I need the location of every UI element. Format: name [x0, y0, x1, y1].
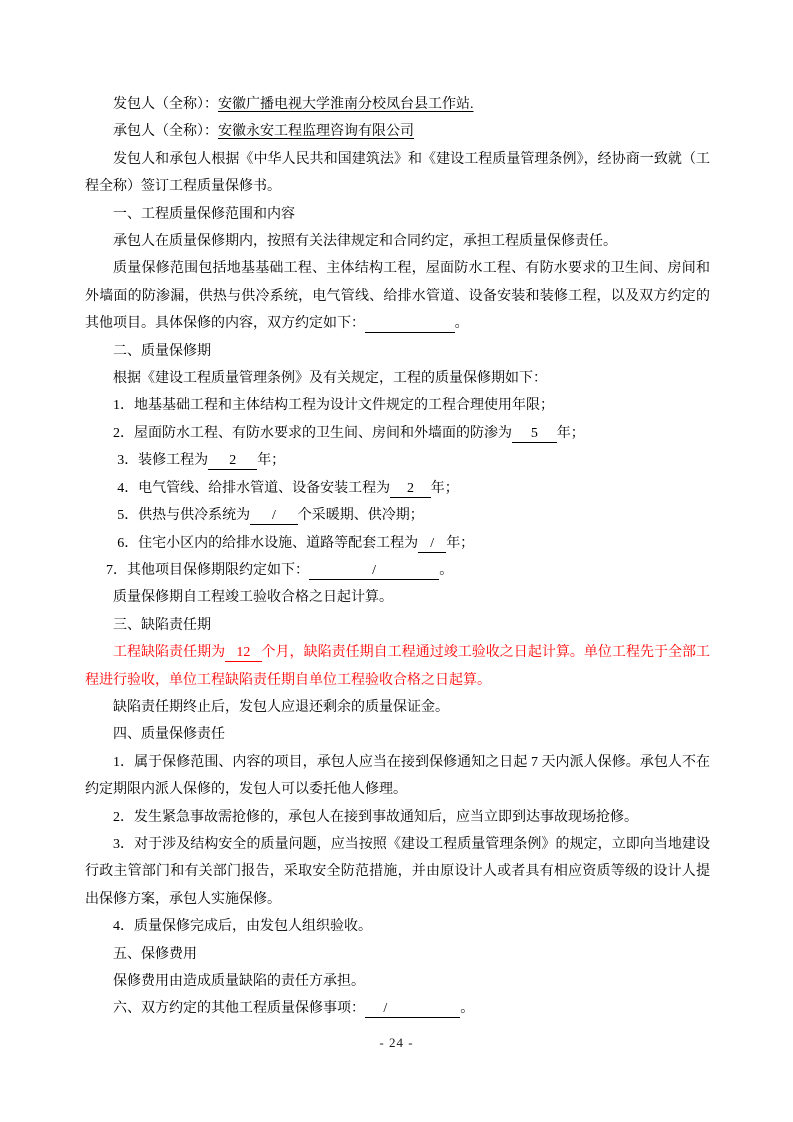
text-run: 年；: [431, 481, 459, 496]
text-run: 三、缺陷责任期: [113, 618, 211, 633]
fill-in-field: /: [309, 562, 439, 580]
text-run: 4．电气管线、给排水管道、设备安装工程为: [117, 481, 390, 496]
fill-in-field: 2: [208, 452, 257, 470]
section-1-heading: 一、工程质量保修范围和内容: [85, 201, 710, 228]
section-1-para-responsibility: 承包人在质量保修期内，按照有关法律规定和合同约定，承担工程质量保修责任。: [85, 228, 710, 255]
party-b-line: 承包人（全称）：安徽永安工程监理咨询有限公司: [85, 118, 710, 145]
text-run: 根据《建设工程质量管理条例》及有关规定，工程的质量保修期如下：: [113, 371, 547, 386]
document-page: 发包人（全称）：安徽广播电视大学淮南分校凤台县工作站.承包人（全称）：安徽永安工…: [0, 0, 793, 1122]
text-run: 质量保修期自工程竣工验收合格之日起计算。: [113, 590, 393, 605]
section-1-para-scope: 质量保修范围包括地基基础工程、主体结构工程，屋面防水工程、有防水要求的卫生间、房…: [85, 255, 710, 337]
text-run: 五、保修费用: [113, 947, 197, 962]
text-run: 个采暖期、供冷期；: [298, 508, 424, 523]
text-run: 。: [455, 316, 469, 331]
warranty-item-2: 2．屋面防水工程、有防水要求的卫生间、房间和外墙面的防渗为5年；: [85, 420, 710, 447]
text-run: 发包人和承包人根据《中华人民共和国建筑法》和《建设工程质量管理条例》，经协商一致…: [85, 152, 710, 194]
section-2-intro: 根据《建设工程质量管理条例》及有关规定，工程的质量保修期如下：: [85, 365, 710, 392]
page-number: - 24 -: [0, 1035, 793, 1051]
text-run: 年；: [446, 536, 474, 551]
text-run: 2．发生紧急事故需抢修的，承包人在接到事故通知后，应当立即到达事故现场抢修。: [113, 810, 638, 825]
text-run: 保修费用由造成质量缺陷的责任方承担。: [113, 974, 365, 989]
text-run: 年；: [257, 453, 285, 468]
fill-in-field: /: [365, 1000, 406, 1018]
fill-in-field: 2: [390, 480, 431, 498]
text-run: 二、质量保修期: [113, 344, 211, 359]
section-3-heading: 三、缺陷责任期: [85, 612, 710, 639]
section-2-closing: 质量保修期自工程竣工验收合格之日起计算。: [85, 584, 710, 611]
text-run: 4．质量保修完成后，由发包人组织验收。: [113, 919, 372, 934]
contract-body: 发包人（全称）：安徽广播电视大学淮南分校凤台县工作站.承包人（全称）：安徽永安工…: [85, 91, 710, 1023]
text-run: 5．供热与供冷系统为: [117, 508, 250, 523]
warranty-item-3: 3．装修工程为2年；: [85, 447, 710, 474]
text-run: 四、质量保修责任: [113, 727, 225, 742]
text-run: 承包人（全称）：: [113, 124, 218, 139]
section-2-heading: 二、质量保修期: [85, 338, 710, 365]
section-5-heading: 五、保修费用: [85, 941, 710, 968]
text-run: 年；: [557, 426, 585, 441]
text-run: 。: [460, 1001, 474, 1016]
warranty-item-6: 6．住宅小区内的给排水设施、道路等配套工程为/年；: [85, 530, 710, 557]
fill-in-field: 12: [225, 644, 261, 662]
section-6-line: 六、双方约定的其他工程质量保修事项：/ 。: [85, 995, 710, 1022]
responsibility-item-3: 3．对于涉及结构安全的质量问题，应当按照《建设工程质量管理条例》的规定，立即向当…: [85, 831, 710, 913]
section-4-heading: 四、质量保修责任: [85, 721, 710, 748]
underlined-value: 安徽广播电视大学淮南分校凤台县工作站.: [218, 97, 474, 112]
responsibility-item-1: 1．属于保修范围、内容的项目，承包人应当在接到保修通知之日起 7 天内派人保修。…: [85, 749, 710, 804]
responsibility-item-4: 4．质量保修完成后，由发包人组织验收。: [85, 913, 710, 940]
text-run: 缺陷责任期终止后，发包人应退还剩余的质量保证金。: [113, 700, 449, 715]
text-run: 一、工程质量保修范围和内容: [113, 207, 295, 222]
underlined-value: 安徽永安工程监理咨询有限公司: [218, 124, 414, 139]
text-run: 1．地基基础工程和主体结构工程为设计文件规定的工程合理使用年限；: [113, 398, 554, 413]
text-run: 六、双方约定的其他工程质量保修事项：: [113, 1001, 365, 1016]
text-run: 1．属于保修范围、内容的项目，承包人应当在接到保修通知之日起 7 天内派人保修。…: [85, 755, 710, 797]
text-run: 发包人（全称）：: [113, 97, 218, 112]
section-3-para-refund: 缺陷责任期终止后，发包人应退还剩余的质量保证金。: [85, 694, 710, 721]
fill-in-field: /: [418, 535, 446, 553]
fill-in-field: /: [250, 507, 298, 525]
text-run: 3．装修工程为: [117, 453, 208, 468]
intro-paragraph: 发包人和承包人根据《中华人民共和国建筑法》和《建设工程质量管理条例》，经协商一致…: [85, 146, 710, 201]
text-run: 3．对于涉及结构安全的质量问题，应当按照《建设工程质量管理条例》的规定，立即向当…: [85, 837, 710, 907]
text-run: 。: [439, 563, 453, 578]
defect-liability-paragraph: 工程缺陷责任期为12个月，缺陷责任期自工程通过竣工验收之日起计算。单位工程先于全…: [85, 639, 710, 694]
fill-in-field: [365, 315, 455, 333]
section-5-para: 保修费用由造成质量缺陷的责任方承担。: [85, 968, 710, 995]
text-run: 6．住宅小区内的给排水设施、道路等配套工程为: [117, 536, 418, 551]
fill-in-field: [406, 1000, 461, 1018]
text-run: 7．其他项目保修期限约定如下：: [106, 563, 309, 578]
text-run: 2．屋面防水工程、有防水要求的卫生间、房间和外墙面的防渗为: [113, 426, 512, 441]
warranty-item-5: 5．供热与供冷系统为/个采暖期、供冷期；: [85, 502, 710, 529]
warranty-item-1: 1．地基基础工程和主体结构工程为设计文件规定的工程合理使用年限；: [85, 392, 710, 419]
text-run: 工程缺陷责任期为: [113, 645, 225, 660]
text-run: 承包人在质量保修期内，按照有关法律规定和合同约定，承担工程质量保修责任。: [113, 234, 617, 249]
warranty-item-7: 7．其他项目保修期限约定如下：/。: [85, 557, 710, 584]
warranty-item-4: 4．电气管线、给排水管道、设备安装工程为2年；: [85, 475, 710, 502]
responsibility-item-2: 2．发生紧急事故需抢修的，承包人在接到事故通知后，应当立即到达事故现场抢修。: [85, 804, 710, 831]
fill-in-field: 5: [512, 425, 557, 443]
party-a-line: 发包人（全称）：安徽广播电视大学淮南分校凤台县工作站.: [85, 91, 710, 118]
